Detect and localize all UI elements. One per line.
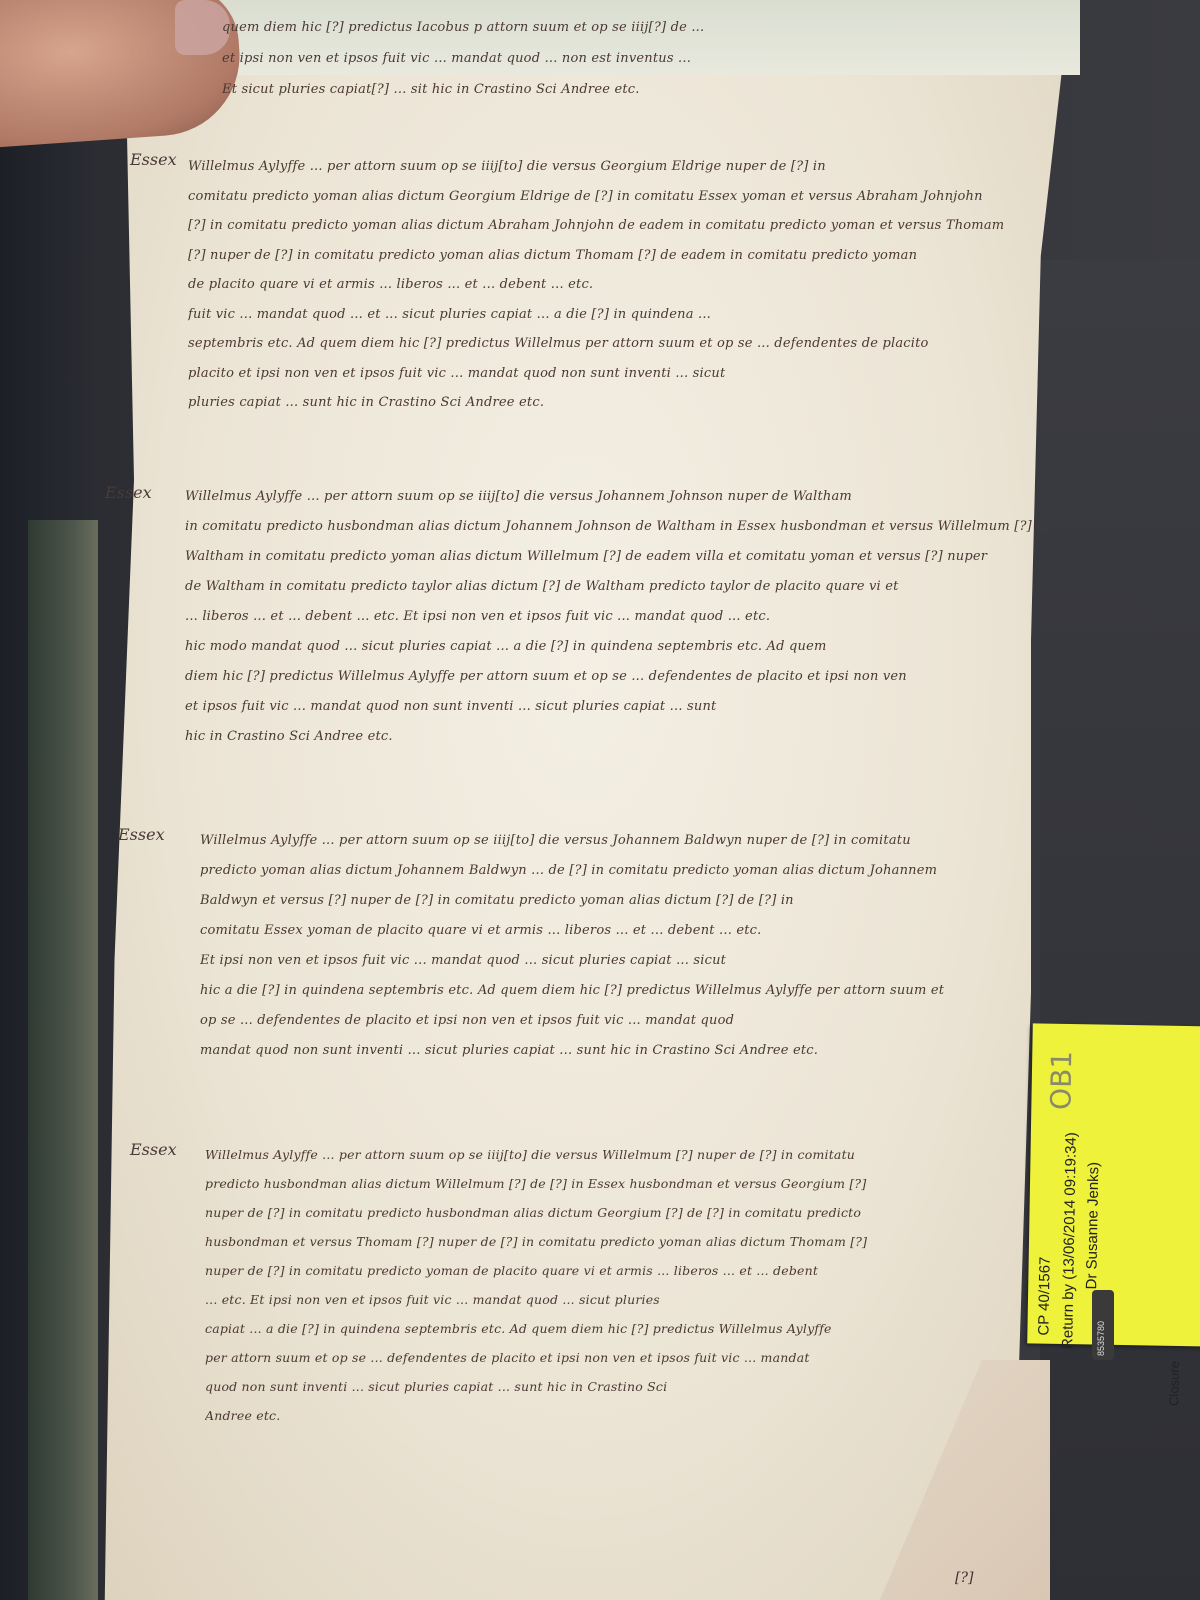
text-line: op se ... defendentes de placito et ipsi…	[200, 1006, 1030, 1036]
margin-county-note: Essex	[105, 483, 152, 502]
text-line: hic in Crastino Sci Andree etc.	[185, 722, 1045, 752]
text-line: per attorn suum et op se ... defendentes…	[205, 1343, 1015, 1372]
text-line: et ipsos fuit vic ... mandat quod non su…	[185, 692, 1045, 722]
text-line: et ipsi non ven et ipsos fuit vic ... ma…	[222, 43, 1052, 74]
top-continuation-text: quem diem hic [?] predictus Iacobus p at…	[222, 12, 1052, 105]
text-line: Willelmus Aylyffe ... per attorn suum op…	[188, 152, 1058, 182]
text-line: hic modo mandat quod ... sicut pluries c…	[185, 632, 1045, 662]
barcode-number: 8535780	[1096, 1321, 1106, 1356]
text-line: predicto yoman alias dictum Johannem Bal…	[200, 856, 1030, 886]
plea-entry: Willelmus Aylyffe ... per attorn suum op…	[188, 152, 1058, 418]
barcode-tag: 8535780	[1092, 1290, 1114, 1360]
text-line: husbondman et versus Thomam [?] nuper de…	[205, 1227, 1015, 1256]
text-line: comitatu Essex yoman de placito quare vi…	[200, 916, 1030, 946]
plea-entry: Willelmus Aylyffe ... per attorn suum op…	[205, 1140, 1015, 1430]
text-line: capiat ... a die [?] in quindena septemb…	[205, 1314, 1015, 1343]
return-by-date: Return by (13/06/2014 09:19:34)	[1059, 1132, 1080, 1349]
text-line: placito et ipsi non ven et ipsos fuit vi…	[188, 359, 1058, 389]
text-line: nuper de [?] in comitatu predicto yoman …	[205, 1256, 1015, 1285]
plea-entry: Willelmus Aylyffe ... per attorn suum op…	[200, 826, 1030, 1066]
text-line: [?] nuper de [?] in comitatu predicto yo…	[188, 241, 1058, 271]
text-line: Et ipsi non ven et ipsos fuit vic ... ma…	[200, 946, 1030, 976]
text-line: Baldwyn et versus [?] nuper de [?] in co…	[200, 886, 1030, 916]
text-line: diem hic [?] predictus Willelmus Aylyffe…	[185, 662, 1045, 692]
pencil-mark: OB1	[1044, 1051, 1078, 1111]
text-line: Et sicut pluries capiat[?] ... sit hic i…	[222, 74, 1052, 105]
text-line: hic a die [?] in quindena septembris etc…	[200, 976, 1030, 1006]
text-line: Andree etc.	[205, 1401, 1015, 1430]
text-line: Willelmus Aylyffe ... per attorn suum op…	[205, 1140, 1015, 1169]
text-line: predicto husbondman alias dictum Willelm…	[205, 1169, 1015, 1198]
text-line: quem diem hic [?] predictus Iacobus p at…	[222, 12, 1052, 43]
document-reference: CP 40/1567	[1035, 1257, 1053, 1336]
text-line: Waltham in comitatu predicto yoman alias…	[185, 542, 1045, 572]
margin-county-note: Essex	[118, 825, 165, 844]
text-line: de Waltham in comitatu predicto taylor a…	[185, 572, 1045, 602]
text-line: nuper de [?] in comitatu predicto husbon…	[205, 1198, 1015, 1227]
text-line: ... etc. Et ipsi non ven et ipsos fuit v…	[205, 1285, 1015, 1314]
text-line: Willelmus Aylyffe ... per attorn suum op…	[185, 482, 1045, 512]
plea-entry: Willelmus Aylyffe ... per attorn suum op…	[185, 482, 1045, 752]
text-line: in comitatu predicto husbondman alias di…	[185, 512, 1045, 542]
folio-mark: [?]	[955, 1570, 973, 1586]
roll-edge-shadow	[28, 520, 98, 1600]
margin-county-note: Essex	[130, 1140, 177, 1159]
text-line: fuit vic ... mandat quod ... et ... sicu…	[188, 300, 1058, 330]
text-line: comitatu predicto yoman alias dictum Geo…	[188, 182, 1058, 212]
text-line: ... liberos ... et ... debent ... etc. E…	[185, 602, 1045, 632]
text-line: de placito quare vi et armis ... liberos…	[188, 270, 1058, 300]
text-line: mandat quod non sunt inventi ... sicut p…	[200, 1036, 1030, 1066]
text-line: Willelmus Aylyffe ... per attorn suum op…	[200, 826, 1030, 856]
closure-text: Closure	[1166, 1361, 1182, 1406]
margin-county-note: Essex	[130, 150, 177, 169]
text-line: septembris etc. Ad quem diem hic [?] pre…	[188, 329, 1058, 359]
reader-name: Dr Susanne Jenks)	[1083, 1162, 1102, 1290]
text-line: quod non sunt inventi ... sicut pluries …	[205, 1372, 1015, 1401]
text-line: pluries capiat ... sunt hic in Crastino …	[188, 388, 1058, 418]
text-line: [?] in comitatu predicto yoman alias dic…	[188, 211, 1058, 241]
